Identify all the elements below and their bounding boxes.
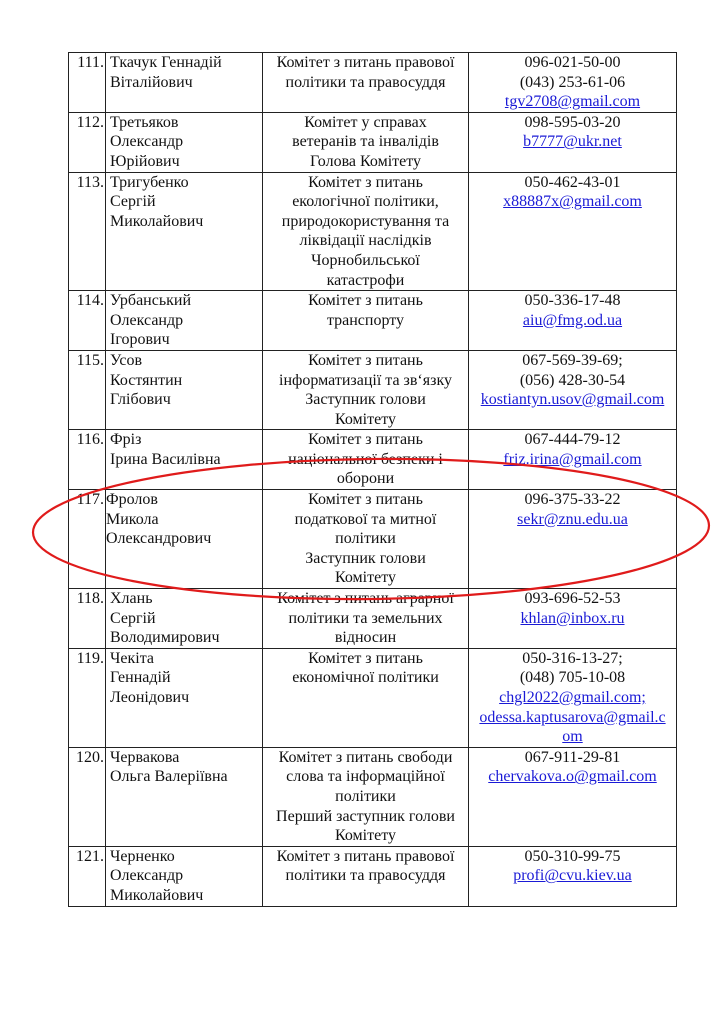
name-line: Тригубенко [110, 173, 262, 193]
committee-line: Комітет з питань свободи [263, 748, 468, 768]
email-link[interactable]: chervakova.o@gmail.com [488, 768, 656, 785]
row-number: 116. [69, 430, 106, 490]
phone-number: (056) 428-30-54 [469, 371, 676, 391]
row-number: 120. [69, 747, 106, 846]
email-line: khlan@inbox.ru [469, 609, 676, 629]
contacts: 067-569-39-69;(056) 428-30-54kostiantyn.… [469, 350, 677, 429]
email-line: chgl2022@gmail.com; [469, 688, 676, 708]
name-line: Чекіта [110, 649, 262, 669]
row-number: 121. [69, 846, 106, 906]
committee-line: Комітету [263, 568, 468, 588]
phone-number: (043) 253-61-06 [469, 73, 676, 93]
table-row: 114.УрбанськийОлександрІгоровичКомітет з… [69, 291, 677, 351]
contacts: 050-462-43-01x88887x@gmail.com [469, 172, 677, 291]
contacts: 098-595-03-20b7777@ukr.net [469, 112, 677, 172]
committee-line: Комітет з питань [263, 649, 468, 669]
row-number: 119. [69, 648, 106, 747]
email-link[interactable]: tgv2708@gmail.com [505, 93, 640, 110]
name-line: Миколайович [110, 212, 262, 232]
name-line: Олександр [110, 866, 262, 886]
committee-line: політики та правосуддя [263, 73, 468, 93]
committee-members-table: 111.Ткачук ГеннадійВіталійовичКомітет з … [68, 52, 677, 907]
name-line: Сергій [110, 192, 262, 212]
phone-number: 050-316-13-27; [469, 649, 676, 669]
table-row: 117.ФроловМиколаОлександровичКомітет з п… [69, 490, 677, 589]
table-row: 119.ЧекітаГеннадійЛеонідовичКомітет з пи… [69, 648, 677, 747]
committee: Комітет з питаньінформатизації та зв‘язк… [263, 350, 469, 429]
committee-line: транспорту [263, 311, 468, 331]
contacts: 067-444-79-12friz.irina@gmail.com [469, 430, 677, 490]
phone-number: 096-021-50-00 [469, 53, 676, 73]
email-line: b7777@ukr.net [469, 132, 676, 152]
committee-line: політики [263, 529, 468, 549]
email-line: tgv2708@gmail.com [469, 92, 676, 112]
phone-number: 050-336-17-48 [469, 291, 676, 311]
committee-line: Комітет у справах [263, 113, 468, 133]
committee-line: політики та земельних [263, 609, 468, 629]
phone-number: (048) 705-10-08 [469, 668, 676, 688]
committee: Комітет з питань свободислова та інформа… [263, 747, 469, 846]
committee-line: катастрофи [263, 271, 468, 291]
committee-line: відносин [263, 628, 468, 648]
committee-line: Комітет з питань [263, 490, 468, 510]
committee-line: Комітету [263, 826, 468, 846]
name-line: Ігорович [110, 330, 262, 350]
name-line: Ткачук Геннадій [110, 53, 262, 73]
name-line: Леонідович [110, 688, 262, 708]
email-line: om [469, 727, 676, 747]
table-row: 115.УсовКостянтинГлібовичКомітет з питан… [69, 350, 677, 429]
email-link[interactable]: om [562, 728, 582, 745]
name-line: Костянтин [110, 371, 262, 391]
contacts: 096-021-50-00(043) 253-61-06tgv2708@gmai… [469, 53, 677, 113]
table-row: 112.ТретьяковОлександрЮрійовичКомітет у … [69, 112, 677, 172]
email-line: friz.irina@gmail.com [469, 450, 676, 470]
phone-number: 067-444-79-12 [469, 430, 676, 450]
table-row: 111.Ткачук ГеннадійВіталійовичКомітет з … [69, 53, 677, 113]
committee-line: Комітет з питань правової [263, 53, 468, 73]
phone-number: 093-696-52-53 [469, 589, 676, 609]
row-number: 118. [69, 589, 106, 649]
committee-line: слова та інформаційної [263, 767, 468, 787]
contacts: 096-375-33-22sekr@znu.edu.ua [469, 490, 677, 589]
committee: Комітет з питань правовоїполітики та пра… [263, 53, 469, 113]
row-number: 114. [69, 291, 106, 351]
name-line: Сергій [110, 609, 262, 629]
name-line: Хлань [110, 589, 262, 609]
name-line: Ольга Валеріївна [110, 767, 262, 787]
committee-line: природокористування та [263, 212, 468, 232]
committee-line: економічної політики [263, 668, 468, 688]
row-number: 112. [69, 112, 106, 172]
phone-number: 067-911-29-81 [469, 748, 676, 768]
member-name: УрбанськийОлександрІгорович [106, 291, 263, 351]
committee-line: податкової та митної [263, 510, 468, 530]
member-name: ФрізІрина Василівна [106, 430, 263, 490]
email-line: chervakova.o@gmail.com [469, 767, 676, 787]
contacts: 067-911-29-81chervakova.o@gmail.com [469, 747, 677, 846]
email-line: sekr@znu.edu.ua [469, 510, 676, 530]
name-line: Третьяков [110, 113, 262, 133]
table-row: 120.ЧерваковаОльга ВалеріївнаКомітет з п… [69, 747, 677, 846]
contacts: 093-696-52-53khlan@inbox.ru [469, 589, 677, 649]
committee: Комітет у справахветеранів та інвалідівГ… [263, 112, 469, 172]
email-link[interactable]: khlan@inbox.ru [520, 610, 624, 627]
phone-number: 050-462-43-01 [469, 173, 676, 193]
email-link[interactable]: aiu@fmg.od.ua [523, 312, 622, 329]
phone-number: 096-375-33-22 [469, 490, 676, 510]
committee-line: Комітет з питань [263, 430, 468, 450]
name-line: Фріз [110, 430, 262, 450]
member-name: ХланьСергійВолодимирович [106, 589, 263, 649]
phone-number: 098-595-03-20 [469, 113, 676, 133]
row-number: 117. [69, 490, 106, 589]
committee: Комітет з питаньекономічної політики [263, 648, 469, 747]
committee-line: інформатизації та зв‘язку [263, 371, 468, 391]
member-name: Ткачук ГеннадійВіталійович [106, 53, 263, 113]
committee: Комітет з питаньнаціональної безпеки іоб… [263, 430, 469, 490]
committee-line: Перший заступник голови [263, 807, 468, 827]
email-line: kostiantyn.usov@gmail.com [469, 390, 676, 410]
committee-line: екологічної політики, [263, 192, 468, 212]
member-name: УсовКостянтинГлібович [106, 350, 263, 429]
committee: Комітет з питаньекологічної політики,при… [263, 172, 469, 291]
name-line: Червакова [110, 748, 262, 768]
email-link[interactable]: b7777@ukr.net [523, 133, 622, 150]
contacts: 050-336-17-48aiu@fmg.od.ua [469, 291, 677, 351]
committee-line: Комітет з питань правової [263, 847, 468, 867]
phone-number: 067-569-39-69; [469, 351, 676, 371]
email-link[interactable]: sekr@znu.edu.ua [517, 511, 628, 528]
table-row: 121.ЧерненкоОлександрМиколайовичКомітет … [69, 846, 677, 906]
email-link[interactable]: profi@cvu.kiev.ua [513, 867, 632, 884]
committee-line: Голова Комітету [263, 152, 468, 172]
email-link[interactable]: kostiantyn.usov@gmail.com [481, 391, 665, 408]
table-row: 113.ТригубенкоСергійМиколайовичКомітет з… [69, 172, 677, 291]
table-row: 118.ХланьСергійВолодимировичКомітет з пи… [69, 589, 677, 649]
committee-line: ветеранів та інвалідів [263, 132, 468, 152]
committee-line: ліквідації наслідків [263, 231, 468, 251]
contacts: 050-310-99-75profi@cvu.kiev.ua [469, 846, 677, 906]
committee: Комітет з питань правовоїполітики та пра… [263, 846, 469, 906]
table-row: 116.ФрізІрина ВасилівнаКомітет з питаньн… [69, 430, 677, 490]
committee-line: Комітет з питань [263, 351, 468, 371]
committee-line: Комітету [263, 410, 468, 430]
committee-line: Заступник голови [263, 390, 468, 410]
member-name: ЧекітаГеннадійЛеонідович [106, 648, 263, 747]
committee-line: Комітет з питань [263, 291, 468, 311]
name-line: Черненко [110, 847, 262, 867]
committee-line: Заступник голови [263, 549, 468, 569]
name-line: Ірина Василівна [110, 450, 262, 470]
phone-number: 050-310-99-75 [469, 847, 676, 867]
row-number: 113. [69, 172, 106, 291]
committee-line: Чорнобильської [263, 251, 468, 271]
member-name: ТригубенкоСергійМиколайович [106, 172, 263, 291]
name-line: Геннадій [110, 668, 262, 688]
name-line: Усов [110, 351, 262, 371]
committee: Комітет з питаньтранспорту [263, 291, 469, 351]
name-line: Віталійович [110, 73, 262, 93]
email-line: aiu@fmg.od.ua [469, 311, 676, 331]
email-link[interactable]: chgl2022@gmail.com; [499, 689, 646, 706]
row-number: 111. [69, 53, 106, 113]
email-line: x88887x@gmail.com [469, 192, 676, 212]
member-name: ЧерненкоОлександрМиколайович [106, 846, 263, 906]
name-line: Володимирович [110, 628, 262, 648]
email-line: profi@cvu.kiev.ua [469, 866, 676, 886]
name-line: Фролов [106, 490, 262, 510]
member-name: ТретьяковОлександрЮрійович [106, 112, 263, 172]
name-line: Олександрович [106, 529, 262, 549]
name-line: Миколайович [110, 886, 262, 906]
committee-line: Комітет з питань [263, 173, 468, 193]
committee-line: політики та правосуддя [263, 866, 468, 886]
committee-line: національної безпеки і [263, 450, 468, 470]
email-link[interactable]: friz.irina@gmail.com [503, 451, 641, 468]
name-line: Олександр [110, 311, 262, 331]
email-link[interactable]: x88887x@gmail.com [503, 193, 642, 210]
name-line: Олександр [110, 132, 262, 152]
name-line: Урбанський [110, 291, 262, 311]
committee: Комітет з питаньподаткової та митноїполі… [263, 490, 469, 589]
table-body: 111.Ткачук ГеннадійВіталійовичКомітет з … [69, 53, 677, 907]
name-line: Юрійович [110, 152, 262, 172]
committee: Комітет з питань аграрноїполітики та зем… [263, 589, 469, 649]
contacts: 050-316-13-27;(048) 705-10-08chgl2022@gm… [469, 648, 677, 747]
name-line: Микола [106, 510, 262, 530]
committee-line: оборони [263, 469, 468, 489]
committee-line: Комітет з питань аграрної [263, 589, 468, 609]
email-link[interactable]: odessa.kaptusarova@gmail.c [479, 709, 665, 726]
committee-line: політики [263, 787, 468, 807]
member-name: ЧерваковаОльга Валеріївна [106, 747, 263, 846]
row-number: 115. [69, 350, 106, 429]
member-name: ФроловМиколаОлександрович [106, 490, 263, 589]
email-line: odessa.kaptusarova@gmail.c [469, 708, 676, 728]
name-line: Глібович [110, 390, 262, 410]
